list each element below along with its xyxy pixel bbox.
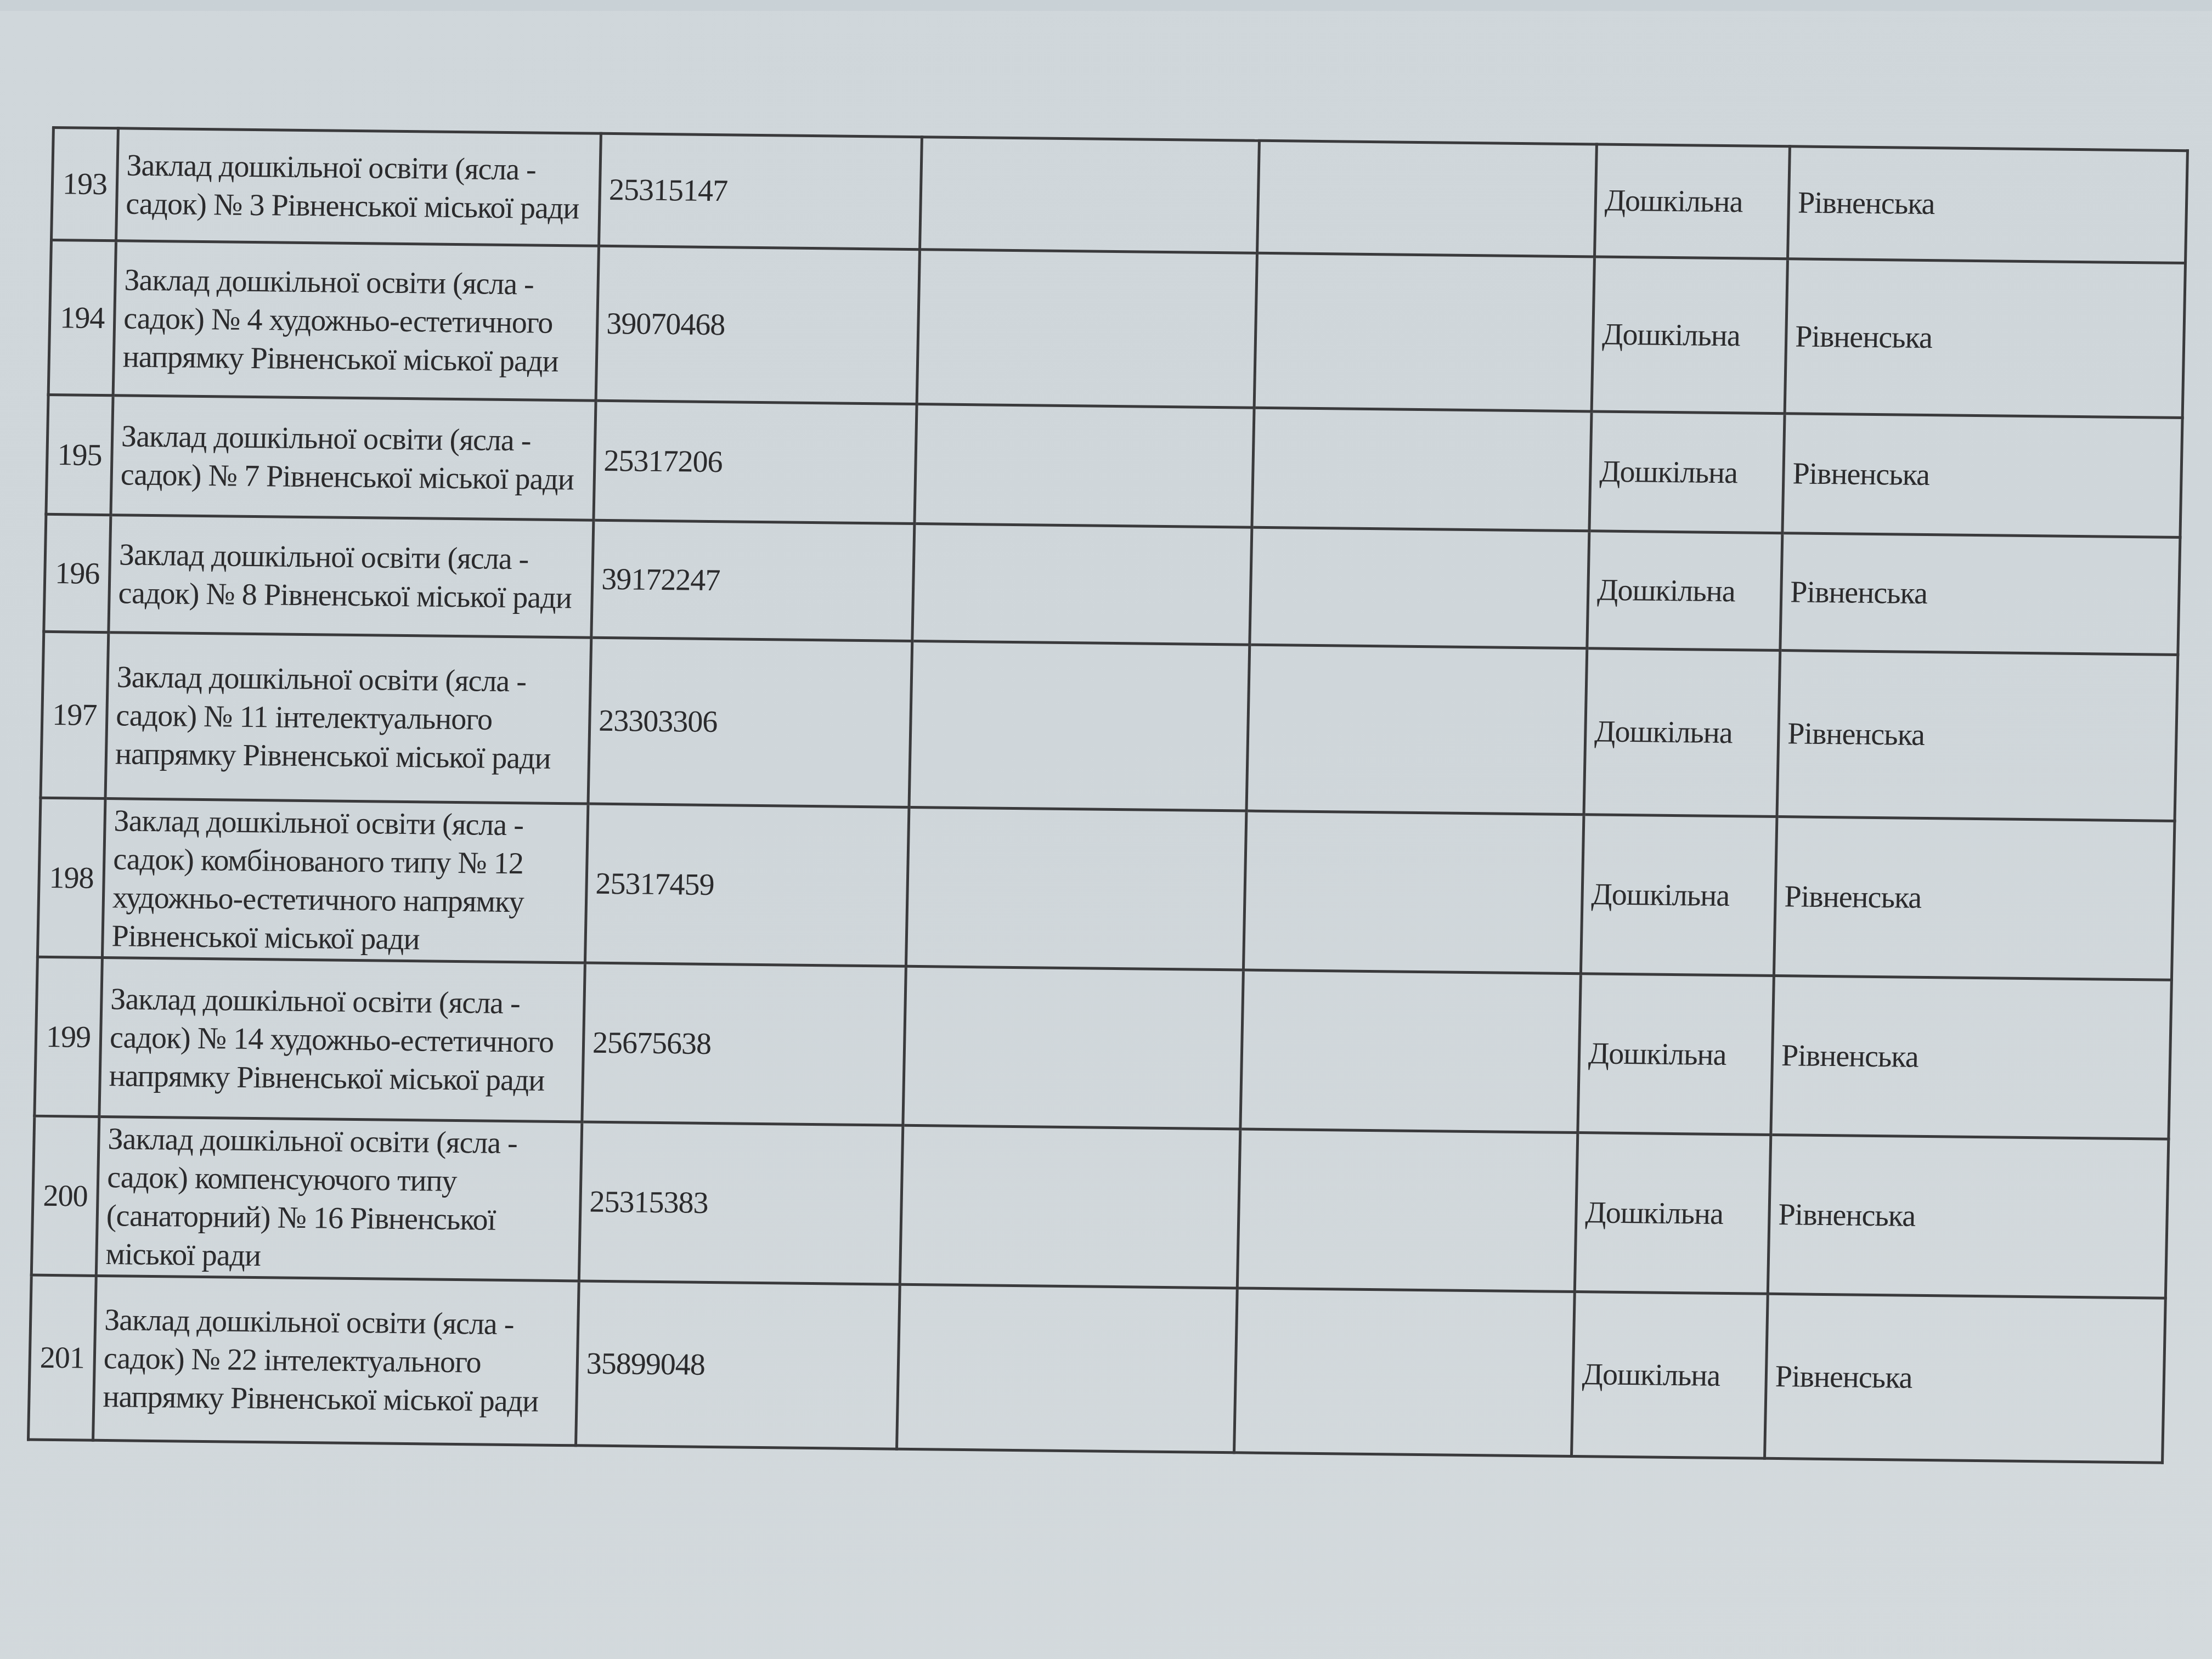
empty-cell xyxy=(906,807,1246,970)
empty-cell xyxy=(1243,811,1584,974)
row-number: 199 xyxy=(35,957,103,1116)
empty-cell xyxy=(1246,645,1587,815)
empty-cell xyxy=(1254,253,1594,411)
edrpou-code: 25315383 xyxy=(579,1122,903,1284)
institution-name: Заклад дошкільної освіти (ясла - садок) … xyxy=(99,957,585,1121)
empty-cell xyxy=(912,524,1252,645)
edrpou-code: 25317459 xyxy=(585,804,909,966)
edrpou-code: 25315147 xyxy=(599,133,922,249)
table-row: 193 Заклад дошкільної освіти (ясла - сад… xyxy=(52,128,2188,263)
region: Рівненська xyxy=(1774,817,2175,980)
region: Рівненська xyxy=(1771,975,2172,1139)
table-row: 200 Заклад дошкільної освіти (ясла - сад… xyxy=(31,1116,2169,1298)
row-number: 197 xyxy=(41,631,109,798)
table-row: 196 Заклад дошкільної освіти (ясла - сад… xyxy=(44,514,2180,654)
edrpou-code: 39172247 xyxy=(591,520,915,641)
region: Рівненська xyxy=(1785,259,2185,418)
edrpou-code: 25317206 xyxy=(594,400,917,523)
empty-cell xyxy=(915,404,1254,528)
institution-name: Заклад дошкільної освіти (ясла - садок) … xyxy=(116,128,601,246)
institution-name: Заклад дошкільної освіти (ясла - садок) … xyxy=(105,633,591,804)
institution-name: Заклад дошкільної освіти (ясла - садок) … xyxy=(102,799,588,963)
table-row: 201 Заклад дошкільної освіти (ясла - сад… xyxy=(29,1275,2166,1463)
education-level: Дошкільна xyxy=(1575,1133,1771,1294)
education-level: Дошкільна xyxy=(1584,648,1780,817)
institution-name: Заклад дошкільної освіти (ясла - садок) … xyxy=(113,241,599,400)
institutions-table: 193 Заклад дошкільної освіти (ясла - сад… xyxy=(27,126,2189,1464)
empty-cell xyxy=(1234,1288,1575,1457)
table-row: 198 Заклад дошкільної освіти (ясла - сад… xyxy=(37,798,2175,980)
table-row: 197 Заклад дошкільної освіти (ясла - сад… xyxy=(41,631,2178,821)
table-row: 194 Заклад дошкільної освіти (ясла - сад… xyxy=(48,240,2185,417)
empty-cell xyxy=(920,137,1260,253)
region: Рівненська xyxy=(1788,146,2188,263)
edrpou-code: 35899048 xyxy=(576,1281,900,1449)
institution-name: Заклад дошкільної освіти (ясла - садок) … xyxy=(111,396,596,520)
empty-cell xyxy=(1237,1129,1578,1292)
row-number: 194 xyxy=(48,240,116,395)
row-number: 193 xyxy=(52,128,119,241)
edrpou-code: 25675638 xyxy=(582,963,906,1125)
institution-name: Заклад дошкільної освіти (ясла - садок) … xyxy=(96,1116,582,1280)
table-body: 193 Заклад дошкільної освіти (ясла - сад… xyxy=(29,128,2188,1463)
region: Рівненська xyxy=(1765,1294,2166,1463)
empty-cell xyxy=(1240,970,1581,1133)
education-level: Дошкільна xyxy=(1581,815,1777,976)
row-number: 198 xyxy=(37,798,105,957)
empty-cell xyxy=(1252,408,1592,531)
edrpou-code: 39070468 xyxy=(596,246,919,404)
region: Рівненська xyxy=(1780,533,2180,655)
education-level: Дошкільна xyxy=(1592,257,1787,414)
row-number: 200 xyxy=(31,1116,99,1276)
institution-name: Заклад дошкільної освіти (ясла - садок) … xyxy=(93,1276,579,1445)
table-row: 199 Заклад дошкільної освіти (ясла - сад… xyxy=(35,957,2172,1139)
region: Рівненська xyxy=(1777,651,2178,821)
education-level: Дошкільна xyxy=(1589,411,1785,533)
education-level: Дошкільна xyxy=(1572,1292,1768,1459)
empty-cell xyxy=(909,641,1250,811)
empty-cell xyxy=(1250,527,1589,648)
empty-cell xyxy=(897,1284,1238,1453)
paper-sheet: 193 Заклад дошкільної освіти (ясла - сад… xyxy=(0,11,2212,1659)
region: Рівненська xyxy=(1768,1135,2169,1298)
education-level: Дошкільна xyxy=(1587,531,1782,651)
empty-cell xyxy=(917,250,1257,408)
region: Рівненська xyxy=(1782,414,2182,538)
institution-name: Заклад дошкільної освіти (ясла - садок) … xyxy=(109,515,594,637)
row-number: 196 xyxy=(44,514,111,632)
education-level: Дошкільна xyxy=(1595,144,1790,259)
empty-cell xyxy=(900,1125,1240,1288)
empty-cell xyxy=(1257,140,1597,257)
table-row: 195 Заклад дошкільної освіти (ясла - сад… xyxy=(46,394,2182,537)
education-level: Дошкільна xyxy=(1578,974,1774,1135)
empty-cell xyxy=(903,966,1244,1129)
edrpou-code: 23303306 xyxy=(588,637,912,807)
row-number: 201 xyxy=(29,1275,97,1440)
row-number: 195 xyxy=(46,394,113,515)
